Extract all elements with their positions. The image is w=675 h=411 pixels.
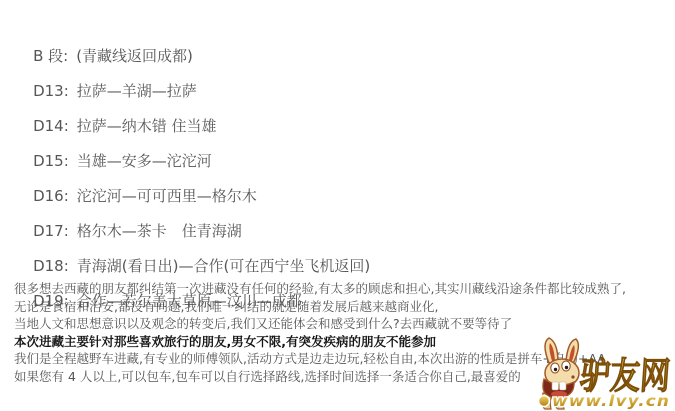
description-line: 当地人文和思想意识以及观念的转变后,我们又还能体会和感受到什么?去西藏就不要等待… [14, 315, 675, 333]
itinerary-list: B 段:(青藏线返回成都) D13:拉萨—羊湖—拉萨 D14:拉萨—纳木错 住当… [14, 7, 370, 287]
globe-icon [539, 396, 550, 407]
day-label: D15: [33, 152, 69, 170]
day-route: (青藏线返回成都) [76, 47, 193, 65]
day-label: D17: [33, 222, 69, 240]
site-watermark: 驴友网 www.lvy.cn [535, 335, 675, 411]
day-route: 拉萨—纳木错 住当雄 [77, 117, 217, 135]
day-route: 格尔木—茶卡 住青海湖 [77, 222, 242, 240]
description-line: 很多想去西藏的朋友都纠结第一次进藏没有任何的经验,有太多的顾虑和担心,其实川藏线… [14, 280, 675, 298]
day-label: D13: [33, 82, 69, 100]
site-url-text: www.lvy.cn [552, 392, 670, 410]
site-url-text-group: www.lvy.cn [539, 392, 671, 410]
day-route: 青海湖(看日出)—合作(可在西宁坐飞机返回) [77, 257, 370, 275]
day-label: D16: [33, 187, 69, 205]
day-route: 拉萨—羊湖—拉萨 [77, 82, 197, 100]
day-route: 当雄—安多—沱沱河 [77, 152, 212, 170]
day-label: D14: [33, 117, 69, 135]
day-route: 沱沱河—可可西里—格尔木 [77, 187, 257, 205]
itinerary-row: B 段:(青藏线返回成都) [14, 7, 370, 42]
day-label: D18: [33, 257, 69, 275]
page: { "itinerary": { "items": [ { "label": "… [0, 0, 675, 411]
day-label: B 段: [33, 47, 68, 65]
description-line: 无论是食宿和治安,都没有问题,我们唯一纠结的就是随着发展后越来越商业化, [14, 298, 675, 316]
